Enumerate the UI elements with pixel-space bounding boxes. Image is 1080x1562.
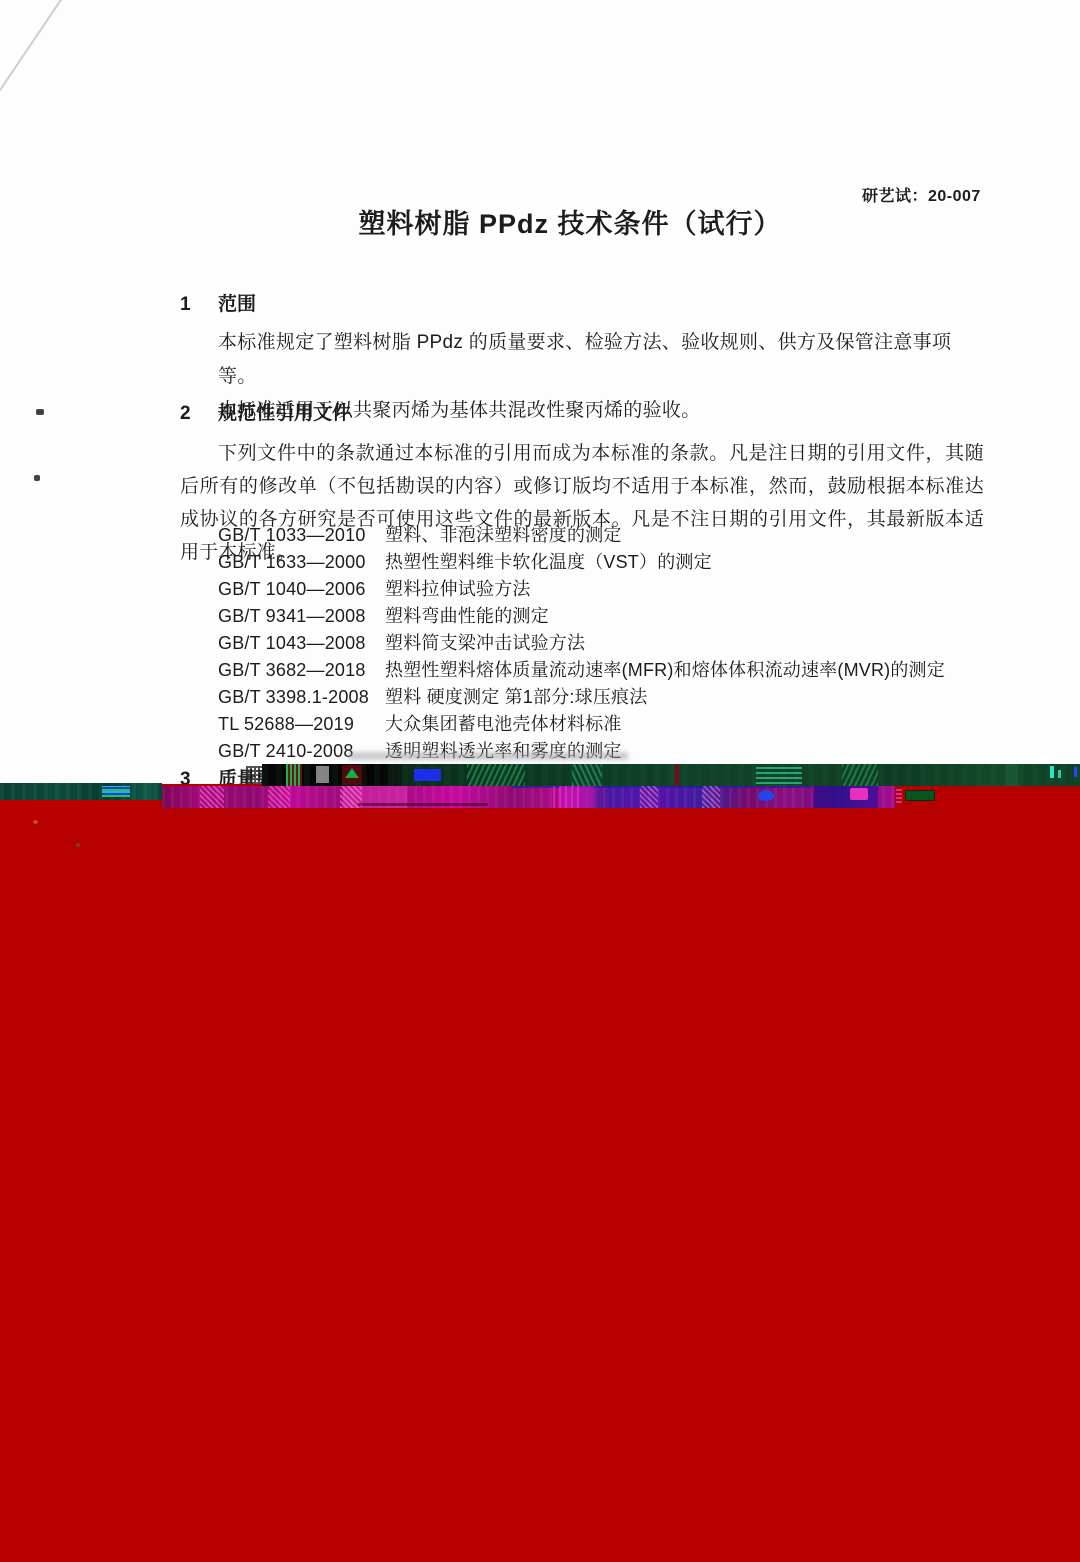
glitch-blue-glyph: [758, 790, 774, 801]
glitch-band-dark-green: [262, 764, 1080, 786]
reference-code: GB/T 3398.1-2008: [218, 687, 385, 708]
glitch-light-column: [1006, 764, 1018, 786]
reference-code: GB/T 9341—2008: [218, 606, 385, 627]
ink-speck: [36, 409, 44, 415]
reference-code: GB/T 1633—2000: [218, 552, 385, 573]
glitch-triangle: [345, 768, 359, 778]
glitch-dot: [33, 820, 38, 824]
glitch-dark-dash: [358, 803, 488, 806]
reference-code: GB/T 1040—2006: [218, 579, 385, 600]
scan-smudge-artifact: [348, 752, 628, 760]
glitch-green-rect: [905, 790, 935, 801]
glitch-speckles: [572, 764, 602, 786]
section-title: 范围: [218, 294, 256, 315]
glitch-teal-dashes: [756, 766, 802, 784]
reference-title: 塑料弯曲性能的测定: [385, 606, 549, 626]
ink-speck: [34, 475, 40, 481]
reference-title: 热塑性塑料熔体质量流动速率(MFR)和熔体体积流动速率(MVR)的测定: [385, 660, 945, 680]
reference-title: 塑料 硬度测定 第1部分:球压痕法: [385, 687, 647, 707]
page-title: 塑料树脂 PPdz 技术条件（试行）: [60, 202, 1080, 241]
section-heading-references: 2规范性引用文件: [180, 398, 351, 425]
glitch-pink-speckles: [268, 786, 290, 808]
reference-row: GB/T 1633—2000热塑性塑料维卡软化温度（VST）的测定: [218, 548, 945, 575]
reference-list: GB/T 1033—2010塑料、非泡沫塑料密度的测定 GB/T 1633—20…: [218, 521, 945, 764]
section-title: 规范性引用文件: [218, 403, 351, 424]
reference-title: 塑料、非泡沫塑料密度的测定: [385, 525, 622, 545]
reference-title: 大众集团蓄电池壳体材料标准: [385, 714, 622, 734]
glitch-pink-speckles: [200, 786, 224, 808]
reference-row: GB/T 1043—2008塑料简支梁冲击试验方法: [218, 629, 945, 656]
section-heading-scope: 1范围: [180, 289, 256, 316]
glitch-navy-patch: [814, 786, 878, 808]
section-number: 2: [180, 403, 218, 425]
reference-row: GB/T 9341—2008塑料弯曲性能的测定: [218, 602, 945, 629]
glitch-pink-speckles: [702, 786, 720, 808]
section-number: 1: [180, 294, 218, 316]
page-corner-fold: [0, 0, 62, 93]
reference-title: 塑料简支梁冲击试验方法: [385, 633, 585, 653]
glitch-band-magenta: [162, 786, 895, 808]
reference-title: 塑料拉伸试验方法: [385, 579, 531, 599]
scanned-document-page: 研艺试：20-007 塑料树脂 PPdz 技术条件（试行） 1范围 本标准规定了…: [0, 0, 1080, 1562]
glitch-speckles: [842, 764, 878, 786]
reference-code: GB/T 3682—2018: [218, 660, 385, 681]
glitch-diamond-sprite: [342, 765, 362, 785]
reference-row: GB/T 3398.1-2008塑料 硬度测定 第1部分:球压痕法: [218, 683, 945, 710]
glitch-blue-mark: [1074, 767, 1077, 777]
glitch-band-teal: [0, 783, 162, 800]
glitch-pink-lines: [553, 786, 579, 808]
glitch-blue-rect: [414, 769, 441, 781]
glitch-red-line: [675, 764, 679, 786]
reference-code: GB/T 1033—2010: [218, 525, 385, 546]
scope-line-1: 本标准规定了塑料树脂 PPdz 的质量要求、检验方法、验收规则、供方及保管注意事…: [218, 326, 984, 394]
glitch-pink-speckles: [640, 786, 658, 808]
glitch-stripes: [286, 764, 302, 786]
reference-code: TL 52688—2019: [218, 714, 385, 735]
glitch-rgb-sprite: [102, 786, 130, 797]
glitch-speckles: [467, 764, 525, 786]
glitch-dot: [76, 843, 80, 847]
reference-code: GB/T 1043—2008: [218, 633, 385, 654]
reference-row: TL 52688—2019大众集团蓄电池壳体材料标准: [218, 710, 945, 737]
reference-title: 热塑性塑料维卡软化温度（VST）的测定: [385, 552, 712, 572]
reference-row: GB/T 1040—2006塑料拉伸试验方法: [218, 575, 945, 602]
corrupted-red-area: [0, 784, 1080, 1562]
reference-row: GB/T 3682—2018热塑性塑料熔体质量流动速率(MFR)和熔体体积流动速…: [218, 656, 945, 683]
glitch-teal-mark: [1058, 770, 1061, 778]
glitch-magenta-dots: [896, 787, 902, 803]
glitch-pink-blob: [850, 788, 868, 800]
glitch-teal-mark: [1050, 766, 1054, 778]
glitch-gray-block: [316, 766, 329, 783]
reference-row: GB/T 1033—2010塑料、非泡沫塑料密度的测定: [218, 521, 945, 548]
